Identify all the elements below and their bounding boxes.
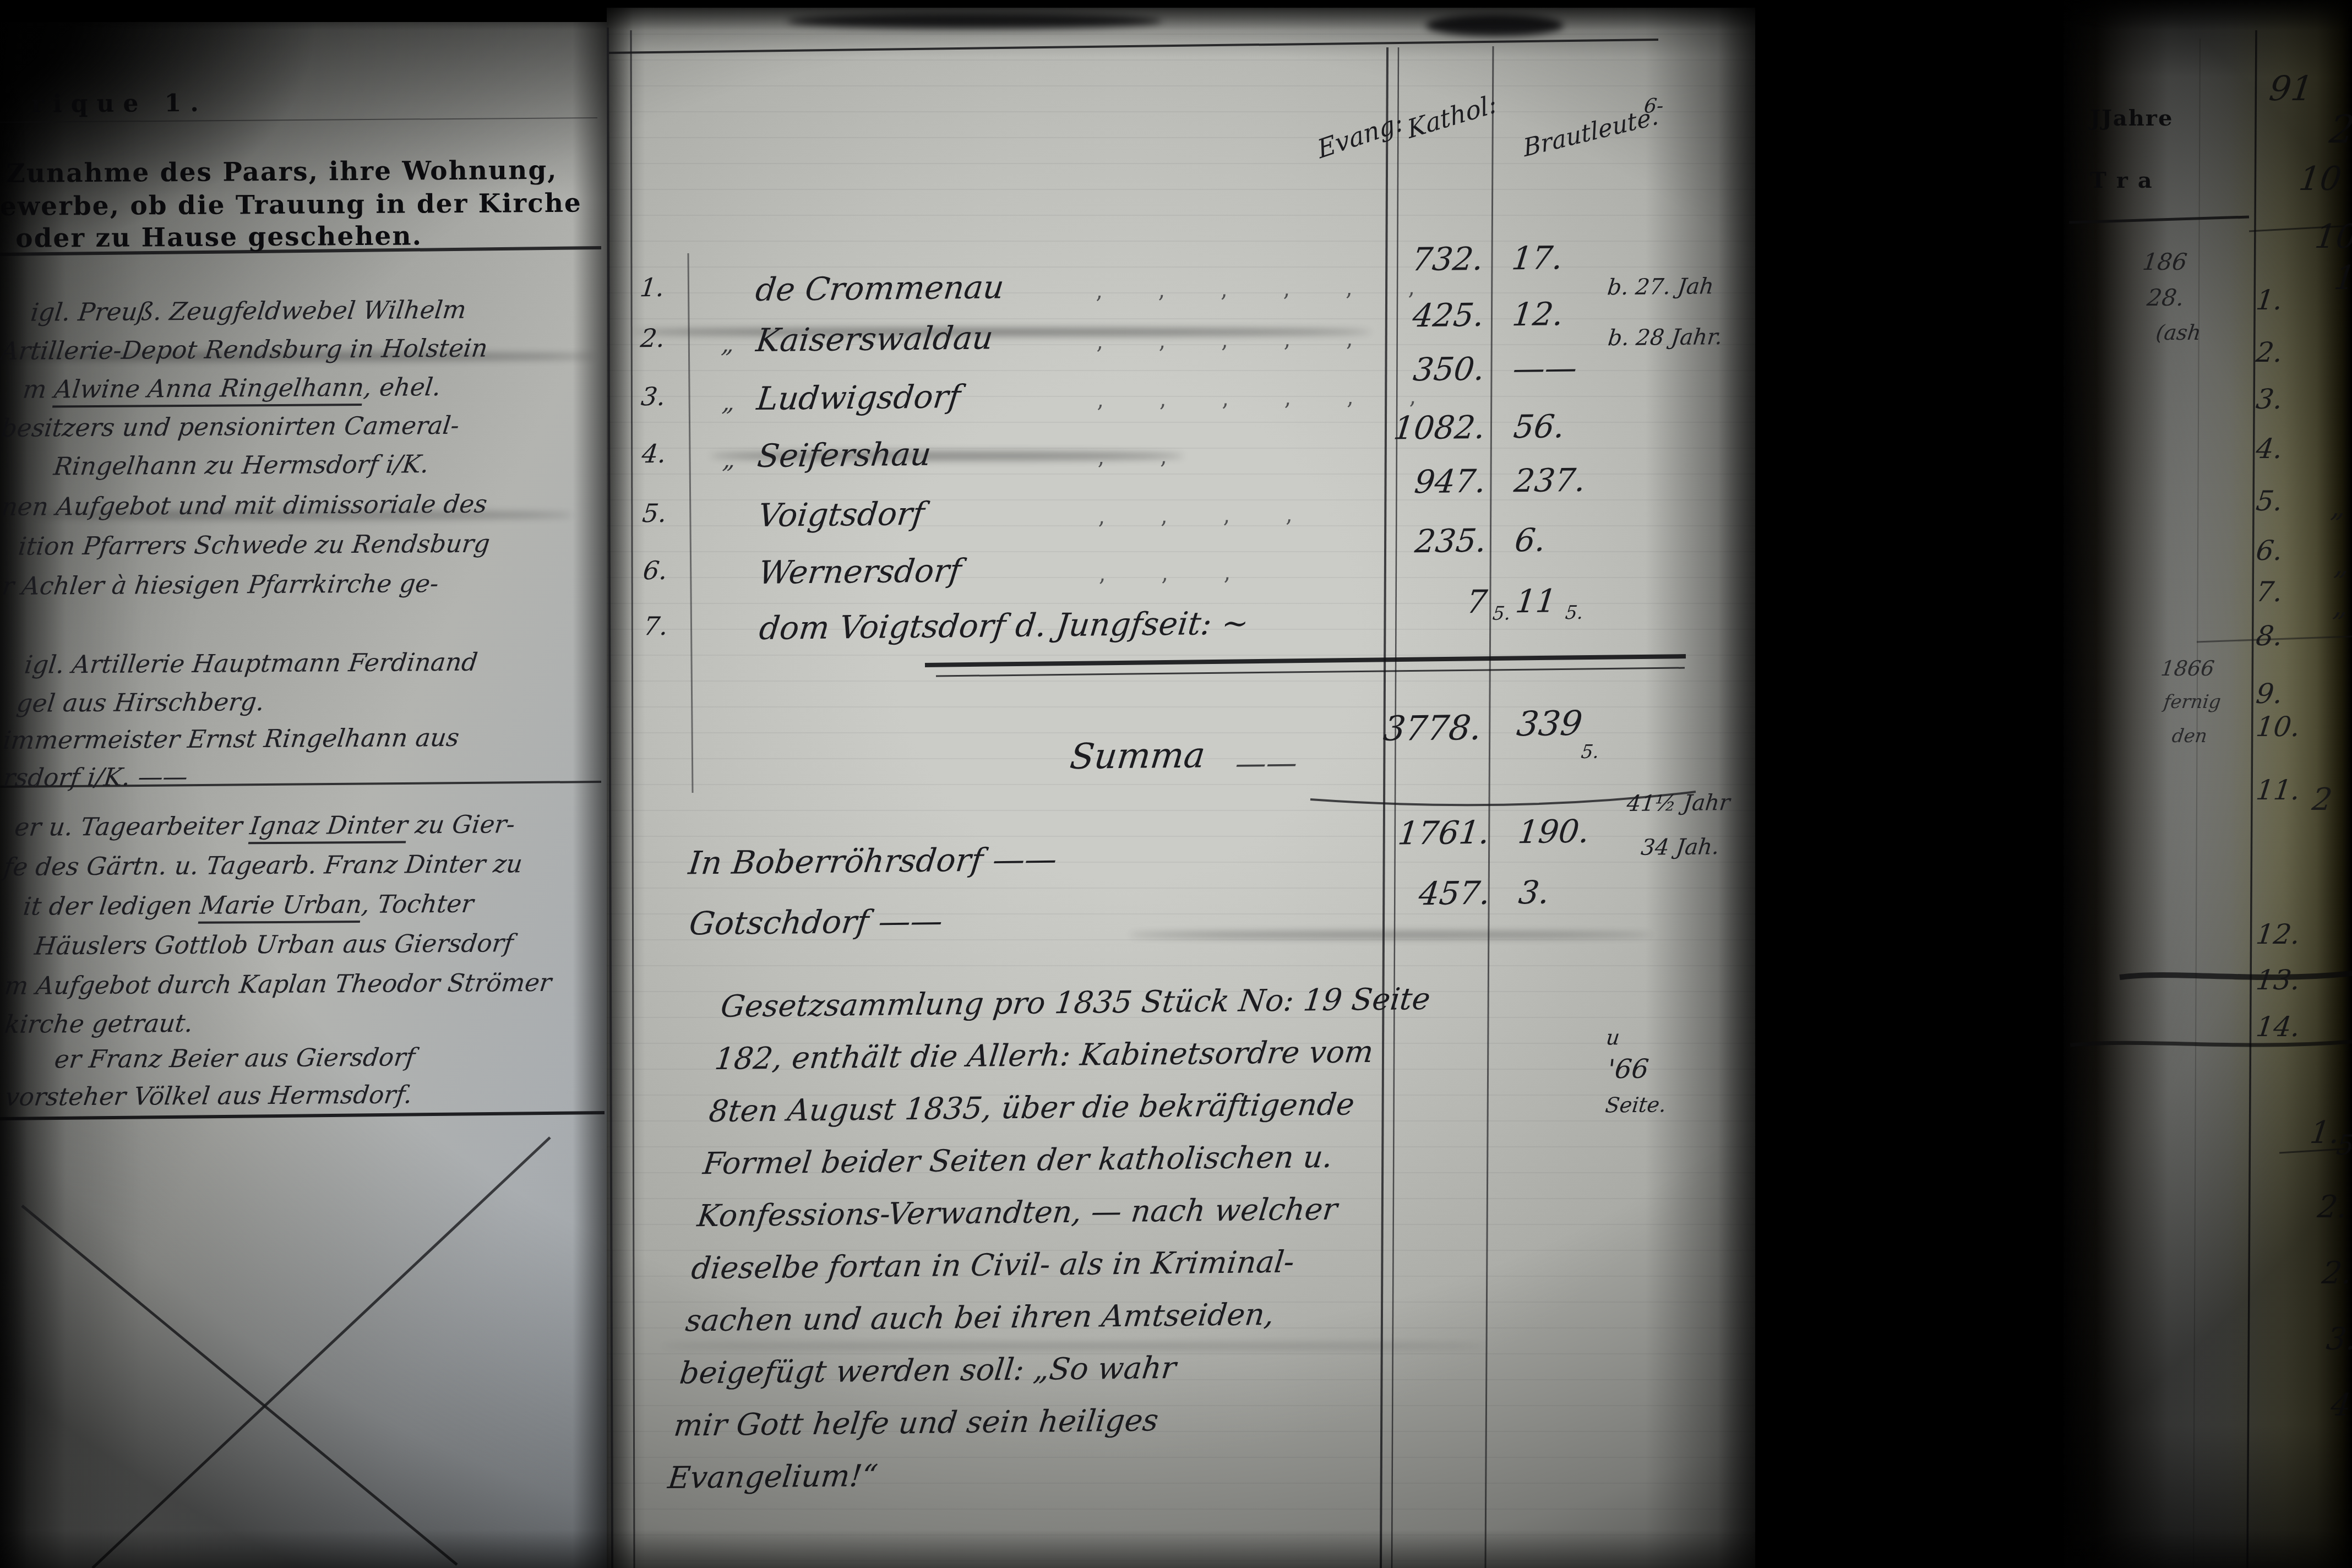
place-name: In Boberröhrsdorf —— — [687, 843, 1059, 879]
evangelical-count: 1761. — [1389, 816, 1491, 850]
catholic-count: 190. — [1516, 815, 1591, 848]
row-number: 3. — [2255, 385, 2284, 413]
entry-text: Häuslers Gottlob Urban aus Giersdorf — [33, 928, 515, 960]
paragraph-line: Formel beider Seiten der katholischen u. — [700, 1130, 1415, 1190]
underlined-name: Marie Urban — [198, 890, 364, 924]
row-number: 6. — [2255, 537, 2284, 564]
place-name: Ludwigsdorf — [755, 380, 962, 415]
margin-note: u — [1605, 1027, 1621, 1048]
handwritten-note: (ash — [2155, 322, 2202, 343]
decree-paragraph: Gesetzsammlung pro 1835 Stück No: 19 Sei… — [665, 973, 1433, 1504]
entry-line: m Aufgebot durch Kaplan Theodor Strömer — [3, 970, 553, 998]
paragraph-line: dieselbe fortan in Civil- als in Krimina… — [689, 1234, 1404, 1294]
printed-header-line: Zunahme des Paars, ihre Wohnung, — [6, 157, 557, 187]
row-number: 9. — [2255, 680, 2284, 707]
register-scan: rique 1. Zunahme des Paars, ihre Wohnung… — [0, 0, 2352, 1568]
entry-line: rsdorf i/K. —— — [2, 764, 189, 790]
row-number: 5. — [641, 500, 668, 526]
handwritten-note: 28. — [2146, 286, 2185, 309]
entry-text: , Tochter — [360, 889, 475, 919]
entry-text: it der ledigen — [22, 891, 202, 921]
row-number: 14. — [2255, 1013, 2302, 1041]
entry-line: immermeister Ernst Ringelhann aus — [2, 725, 460, 753]
entry-line: er u. Tagearbeiter Ignaz Dinter zu Gier- — [13, 812, 516, 840]
entry-line: nen Aufgebot und mit dimissoriale des — [1, 492, 489, 519]
entry-text: kirche getraut. — [3, 1009, 195, 1039]
leader-dots: ‚ ‚ ‚ ‚ ‚ — [1096, 328, 1378, 353]
evangelical-count: 732. — [1382, 243, 1485, 276]
entry-line: Ringelhann zu Hermsdorf i/K. — [52, 451, 430, 478]
paragraph-line: beigefügt werden soll: „So wahr — [677, 1340, 1392, 1400]
entry-line: vorsteher Völkel aus Hermsdorf. — [4, 1082, 413, 1109]
evangelical-count: 350. — [1384, 353, 1486, 386]
row-number: 2. — [639, 325, 666, 351]
handwritten-note: den — [2171, 727, 2208, 745]
place-name: Seifershau — [756, 438, 933, 472]
handwritten-note: 1866 — [2160, 658, 2215, 679]
entry-text: nen Aufgebot und mit dimissoriale des — [0, 489, 489, 521]
edge-fragment: 91 — [2267, 72, 2315, 106]
paragraph-line: Konfessions-Verwandten, — nach welcher — [694, 1182, 1409, 1242]
entry-text: rsdorf i/K. —— — [2, 762, 189, 792]
age-margin-note: b. 28 Jahr. — [1607, 326, 1724, 349]
row-number: 7. — [643, 613, 669, 639]
entry-line: fe des Gärtn. u. Tagearb. Franz Dinter z… — [3, 851, 524, 879]
catholic-count: 56. — [1512, 410, 1566, 443]
entry-text: m — [21, 374, 56, 404]
catholic-count: 6. — [1513, 524, 1547, 557]
printed-header-text: Zunahme des Paars, ihre Wohnung, — [6, 155, 557, 189]
paragraph-line: Evangelium!“ — [665, 1444, 1380, 1504]
entry-text: igl. Artillerie Hauptmann Ferdinand — [23, 647, 480, 679]
row-number: 12. — [2255, 921, 2302, 948]
entry-line: kirche getraut. — [3, 1011, 194, 1037]
entry-line: m Alwine Anna Ringelhann, ehel. — [21, 374, 442, 402]
edge-fragment: 10 — [2297, 162, 2343, 195]
entry-text: igl. Preuß. Zeugfeldwebel Wilhelm — [29, 295, 468, 327]
age-margin-note: 41½ Jahr — [1626, 792, 1732, 815]
paragraph-line: 8ten August 1835, über die bekräftigende — [706, 1077, 1422, 1137]
underlined-name: Ignaz Dinter — [248, 810, 409, 844]
evangelical-count: 457. — [1389, 877, 1491, 910]
entry-text: er u. Tagearbeiter — [13, 811, 252, 842]
paragraph-line: sachen und auch bei ihren Amtseiden, — [683, 1287, 1398, 1347]
row-number: 4. — [640, 441, 667, 467]
paragraph-line: 182, enthält die Allerh: Kabinetsordre v… — [712, 1025, 1427, 1085]
rubric-label: rique 1. — [31, 91, 208, 117]
place-name: Voigtsdorf — [756, 498, 926, 531]
entry-line: ition Pfarrers Schwede zu Rendsburg — [17, 531, 491, 559]
edge-fragment: 2. — [2316, 1192, 2349, 1223]
edge-fragment: 10 — [2313, 220, 2352, 253]
row-number: 6. — [642, 558, 669, 584]
leader-dots: ‚ ‚ ‚ ‚ ‚ ‚ — [1097, 385, 1440, 411]
row-number: 1. — [639, 275, 666, 301]
edge-fragment: 1 — [2332, 262, 2352, 295]
place-name: Kaiserswaldau — [754, 322, 994, 356]
printed-header-text: oder zu Hause geschehen. — [15, 221, 422, 254]
summa-evangelical-total: 3778. — [1382, 711, 1483, 746]
evangelical-count: 235. — [1386, 525, 1488, 558]
entry-text: fe des Gärtn. u. Tagearb. Franz Dinter z… — [2, 849, 524, 881]
summa-catholic-total: 339 — [1515, 706, 1584, 741]
evangelical-count: 7 — [1386, 586, 1489, 619]
place-name: Gotschdorf —— — [688, 905, 944, 939]
entry-line: r Achler à hiesigen Pfarrkirche ge- — [1, 571, 440, 598]
edge-fragment: 2. — [2321, 1258, 2352, 1289]
catholic-count: 12. — [1511, 298, 1565, 330]
entry-text: , ehel. — [362, 372, 443, 402]
edge-fragment: 4. — [2329, 1390, 2352, 1421]
leader-dots: ‚ ‚ ‚ ‚ — [1098, 503, 1316, 527]
row-number: 7. — [2255, 578, 2284, 606]
entry-text: gel aus Hirschberg. — [15, 687, 266, 718]
edge-fragment: 2 — [2328, 110, 2352, 149]
entry-text: vorsteher Völkel aus Hermsdorf. — [4, 1080, 414, 1112]
leader-dots: ‚ ‚ ‚ — [1098, 561, 1255, 585]
age-margin-note: 34 Jah. — [1640, 836, 1721, 859]
row-number: 5. — [2255, 487, 2284, 515]
entry-text: er Franz Beier aus Giersdorf — [53, 1042, 417, 1074]
printed-header-line: ewerbe, ob die Trauung in der Kirche — [0, 190, 582, 220]
row-number: 13. — [2255, 966, 2302, 994]
entry-line: Artillerie-Depot Rendsburg in Holstein — [0, 336, 489, 363]
catholic-count: 237. — [1512, 464, 1587, 497]
entry-line: gel aus Hirschberg. — [15, 689, 266, 716]
entry-text: m Aufgebot durch Kaplan Theodor Strömer — [3, 968, 553, 1000]
catholic-count: 3. — [1517, 876, 1551, 909]
catholic-count: 11 — [1514, 585, 1558, 617]
evangelical-count: 1082. — [1384, 411, 1487, 444]
entry-line: igl. Preuß. Zeugfeldwebel Wilhelm — [29, 297, 467, 325]
evangelical-count: 425. — [1383, 299, 1485, 332]
evangelical-count: 947. — [1385, 465, 1487, 498]
summa-label: Summa — [1068, 738, 1207, 775]
place-name: Wernersdorf — [757, 554, 963, 589]
entry-text: zu Gier- — [406, 809, 516, 839]
evangelical-count-sub: 5. — [1491, 604, 1511, 623]
paragraph-line: mir Gott helfe und sein heiliges — [671, 1392, 1386, 1452]
paragraph-line: Gesetzsammlung pro 1835 Stück No: 19 Sei… — [718, 973, 1433, 1033]
entry-text: besitzers und pensionirten Cameral- — [0, 411, 461, 443]
entry-line: Häuslers Gottlob Urban aus Giersdorf — [33, 930, 514, 958]
edge-fragment: 3. — [2325, 1324, 2352, 1355]
printed-fragment: JJahre — [2090, 107, 2173, 129]
entry-text: ition Pfarrers Schwede zu Rendsburg — [17, 529, 492, 561]
printed-fragment: T r a — [2090, 170, 2153, 192]
edge-fragment: 5 — [2335, 1131, 2352, 1159]
edge-fragment: 2 — [2311, 785, 2334, 815]
row-number: 1. — [2255, 286, 2284, 314]
entry-line: er Franz Beier aus Giersdorf — [53, 1044, 417, 1071]
leader-dots: ‚ ‚ — [1097, 445, 1191, 469]
catholic-count: —— — [1511, 352, 1578, 384]
entry-text: Ringelhann zu Hermsdorf i/K. — [52, 449, 431, 481]
underlined-name: Alwine Anna Ringelhann — [52, 373, 366, 407]
place-name: de Crommenau — [754, 271, 1005, 306]
handwritten-note: 186 — [2141, 251, 2188, 274]
printed-header-line: oder zu Hause geschehen. — [15, 223, 422, 252]
age-margin-note: b. 27. Jah — [1607, 275, 1715, 298]
leader-dots: ‚ ‚ ‚ ‚ ‚ ‚ — [1096, 276, 1439, 302]
entry-text: immermeister Ernst Ringelhann aus — [2, 723, 461, 755]
place-name: dom Voigtsdorf d. Jungfseit: ~ — [758, 607, 1250, 644]
entry-text: Artillerie-Depot Rendsburg in Holstein — [0, 334, 489, 366]
row-number: 10. — [2255, 713, 2302, 741]
row-number: 4. — [2255, 435, 2284, 462]
entry-line: igl. Artillerie Hauptmann Ferdinand — [23, 650, 479, 677]
column-header-mark: 6- — [1643, 96, 1664, 116]
printed-header-text: ewerbe, ob die Trauung in der Kirche — [0, 188, 582, 222]
margin-note: Seite. — [1604, 1094, 1668, 1115]
row-number: 8. — [2255, 622, 2284, 650]
row-number: 2. — [2255, 339, 2284, 366]
handwritten-note: fernig — [2163, 693, 2222, 711]
catholic-count: 17. — [1510, 242, 1565, 274]
summa-catholic-sub: 5. — [1580, 743, 1600, 761]
margin-note: '66 — [1606, 1056, 1650, 1083]
entry-line: besitzers und pensionirten Cameral- — [0, 413, 461, 440]
catholic-count-sub: 5. — [1564, 603, 1584, 622]
entry-line: it der ledigen Marie Urban, Tochter — [22, 891, 475, 919]
summa-dash: —— — [1234, 748, 1299, 779]
row-number: 3. — [640, 384, 667, 410]
row-number: 11. — [2255, 776, 2302, 804]
entry-text: r Achler à hiesigen Pfarrkirche ge- — [1, 569, 440, 601]
